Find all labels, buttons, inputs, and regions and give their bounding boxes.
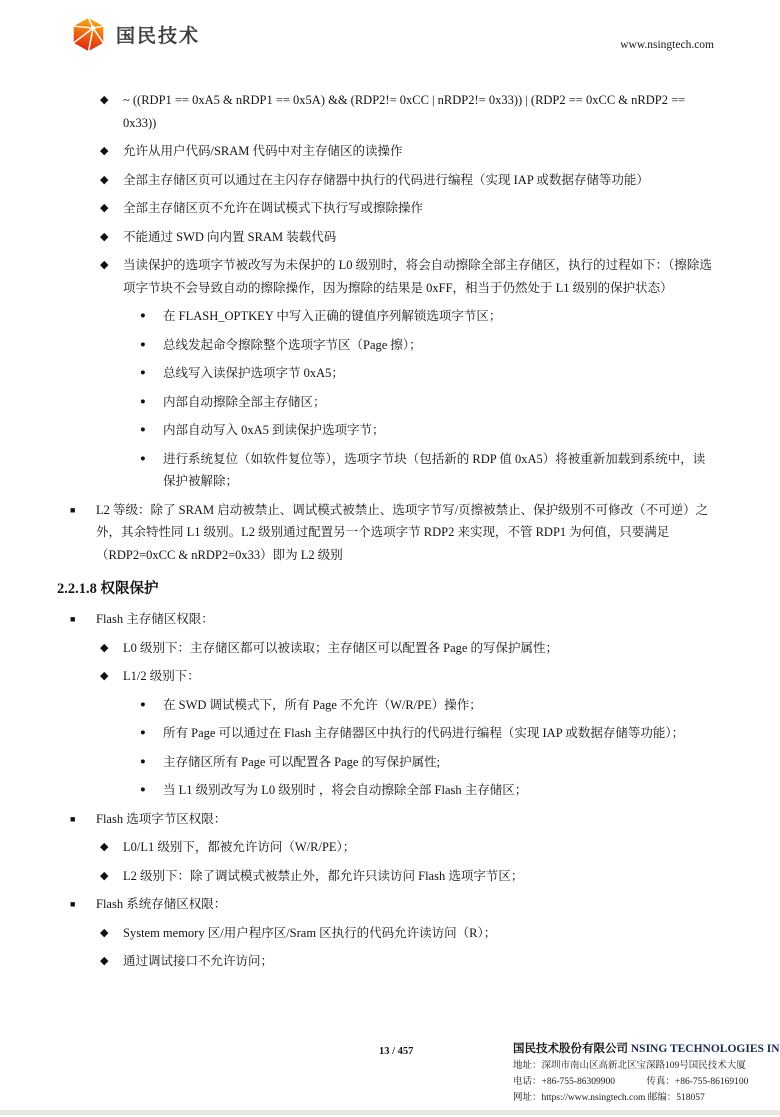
logo-starburst-icon xyxy=(70,16,107,53)
list-item: ◆L0 级别下：主存储区都可以被读取；主存储区可以配置各 Page 的写保护属性… xyxy=(0,637,780,660)
circle-bullet-icon: ● xyxy=(140,751,163,774)
list-item-text: L2 等级：除了 SRAM 启动被禁止、调试模式被禁止、选项字节写/页擦被禁止、… xyxy=(96,499,780,567)
footer-web-row: 网址：https://www.nsingtech.com 邮编：518057 xyxy=(513,1090,780,1106)
list-item-text: 通过调试接口不允许访问； xyxy=(123,950,780,973)
web-label: 网址： xyxy=(513,1093,542,1103)
phone-pair: 电话：+86-755-86309900 xyxy=(513,1074,644,1090)
list-item: ◆当读保护的选项字节被改写为未保护的 L0 级别时，将会自动擦除全部主存储区，执… xyxy=(0,254,780,299)
list-item: ●在 FLASH_OPTKEY 中写入正确的键值序列解锁选项字节区； xyxy=(0,305,780,328)
square-bullet-icon: ■ xyxy=(70,808,96,831)
list-item-text: 总线写入读保护选项字节 0xA5； xyxy=(163,362,780,385)
list-item: ●总线写入读保护选项字节 0xA5； xyxy=(0,362,780,385)
zip-label: 邮编： xyxy=(648,1093,677,1103)
list-item-text: 所有 Page 可以通过在 Flash 主存储器区中执行的代码进行编程（实现 I… xyxy=(163,722,780,745)
footer-company-block: 国民技术股份有限公司 NSING TECHNOLOGIES INC 地址：深圳市… xyxy=(513,1040,780,1106)
footer-company-en: NSING TECHNOLOGIES INC xyxy=(631,1043,780,1055)
list-item: ◆通过调试接口不允许访问； xyxy=(0,950,780,973)
diamond-bullet-icon: ◆ xyxy=(100,226,123,249)
list-item: ◆L1/2 级别下： xyxy=(0,665,780,688)
list-item-text: 全部主存储区页可以通过在主闪存存储器中执行的代码进行编程（实现 IAP 或数据存… xyxy=(123,169,780,192)
phone-value: +86-755-86309900 xyxy=(542,1077,615,1087)
square-bullet-icon: ■ xyxy=(70,893,96,916)
list-item-text: 在 SWD 调试模式下，所有 Page 不允许（W/R/PE）操作； xyxy=(163,694,780,717)
document-page: 国民技术 www.nsingtech.com ◆~ ((RDP1 == 0xA5… xyxy=(0,0,780,1117)
address-label: 地址： xyxy=(513,1061,542,1071)
square-bullet-icon: ■ xyxy=(70,608,96,631)
diamond-bullet-icon: ◆ xyxy=(100,89,123,134)
document-body: ◆~ ((RDP1 == 0xA5 & nRDP1 == 0x5A) && (R… xyxy=(0,89,780,979)
web-pair: 网址：https://www.nsingtech.com xyxy=(513,1093,645,1103)
list-item-text: L2 级别下：除了调试模式被禁止外，都允许只读访问 Flash 选项字节区； xyxy=(123,865,780,888)
footer-company-cn: 国民技术股份有限公司 xyxy=(513,1043,628,1055)
circle-bullet-icon: ● xyxy=(140,362,163,385)
circle-bullet-icon: ● xyxy=(140,334,163,357)
zip-value: 518057 xyxy=(676,1093,705,1103)
list-item: ◆L2 级别下：除了调试模式被禁止外，都允许只读访问 Flash 选项字节区； xyxy=(0,865,780,888)
list-item-text: 当读保护的选项字节被改写为未保护的 L0 级别时，将会自动擦除全部主存储区，执行… xyxy=(123,254,780,299)
diamond-bullet-icon: ◆ xyxy=(100,836,123,859)
list-item-text: ~ ((RDP1 == 0xA5 & nRDP1 == 0x5A) && (RD… xyxy=(123,89,780,134)
circle-bullet-icon: ● xyxy=(140,448,163,493)
list-item-text: Flash 选项字节区权限： xyxy=(96,808,780,831)
list-item: ●内部自动擦除全部主存储区； xyxy=(0,391,780,414)
fax-pair: 传真：+86-755-86169100 xyxy=(646,1077,748,1087)
list-item: ●主存储区所有 Page 可以配置各 Page 的写保护属性; xyxy=(0,751,780,774)
phone-label: 电话： xyxy=(513,1077,542,1087)
diamond-bullet-icon: ◆ xyxy=(100,922,123,945)
diamond-bullet-icon: ◆ xyxy=(100,950,123,973)
circle-bullet-icon: ● xyxy=(140,694,163,717)
list-item-text: Flash 主存储区权限： xyxy=(96,608,780,631)
section-heading: 2.2.1.8 权限保护 xyxy=(57,579,780,599)
logo-text: 国民技术 xyxy=(116,21,200,48)
list-item: ◆不能通过 SWD 向内置 SRAM 装载代码 xyxy=(0,226,780,249)
diamond-bullet-icon: ◆ xyxy=(100,197,123,220)
fax-label: 传真： xyxy=(646,1077,675,1087)
circle-bullet-icon: ● xyxy=(140,391,163,414)
square-bullet-icon: ■ xyxy=(70,499,96,567)
web-value: https://www.nsingtech.com xyxy=(542,1093,646,1103)
company-logo: 国民技术 xyxy=(70,16,200,53)
list-item: ●当 L1 级别改写为 L0 级别时 ，将会自动擦除全部 Flash 主存储区； xyxy=(0,779,780,802)
list-item: ◆~ ((RDP1 == 0xA5 & nRDP1 == 0x5A) && (R… xyxy=(0,89,780,134)
list-item-text: System memory 区/用户程序区/Sram 区执行的代码允许读访问（R… xyxy=(123,922,780,945)
list-item-text: 在 FLASH_OPTKEY 中写入正确的键值序列解锁选项字节区； xyxy=(163,305,780,328)
diamond-bullet-icon: ◆ xyxy=(100,637,123,660)
circle-bullet-icon: ● xyxy=(140,722,163,745)
list-item: ●进行系统复位（如软件复位等），选项字节块（包括新的 RDP 值 0xA5）将被… xyxy=(0,448,780,493)
list-item: ■Flash 系统存储区权限： xyxy=(0,893,780,916)
circle-bullet-icon: ● xyxy=(140,305,163,328)
list-item: ●所有 Page 可以通过在 Flash 主存储器区中执行的代码进行编程（实现 … xyxy=(0,722,780,745)
list-item: ◆System memory 区/用户程序区/Sram 区执行的代码允许读访问（… xyxy=(0,922,780,945)
list-item-text: L1/2 级别下： xyxy=(123,665,780,688)
list-item-text: L0 级别下：主存储区都可以被读取；主存储区可以配置各 Page 的写保护属性； xyxy=(123,637,780,660)
list-item: ■L2 等级：除了 SRAM 启动被禁止、调试模式被禁止、选项字节写/页擦被禁止… xyxy=(0,499,780,567)
list-item: ◆允许从用户代码/SRAM 代码中对主存储区的读操作 xyxy=(0,140,780,163)
list-item-text: L0/L1 级别下，都被允许访问（W/R/PE）； xyxy=(123,836,780,859)
bottom-divider-bar xyxy=(0,1110,780,1115)
list-item-text: 全部主存储区页不允许在调试模式下执行写或擦除操作 xyxy=(123,197,780,220)
page-number: 13 / 457 xyxy=(379,1046,413,1057)
address-value: 深圳市南山区高新北区宝深路109号国民技术大厦 xyxy=(542,1061,746,1071)
list-item-text: 当 L1 级别改写为 L0 级别时 ，将会自动擦除全部 Flash 主存储区； xyxy=(163,779,780,802)
footer-address-row: 地址：深圳市南山区高新北区宝深路109号国民技术大厦 xyxy=(513,1058,780,1074)
footer-company-name: 国民技术股份有限公司 NSING TECHNOLOGIES INC xyxy=(513,1040,780,1058)
zip-pair: 邮编：518057 xyxy=(648,1093,705,1103)
footer-phone-row: 电话：+86-755-86309900 传真：+86-755-86169100 xyxy=(513,1074,780,1090)
list-item: ●内部自动写入 0xA5 到读保护选项字节； xyxy=(0,419,780,442)
list-item-text: 内部自动擦除全部主存储区； xyxy=(163,391,780,414)
list-item-text: 内部自动写入 0xA5 到读保护选项字节； xyxy=(163,419,780,442)
list-item-text: 总线发起命令擦除整个选项字节区（Page 擦）； xyxy=(163,334,780,357)
list-item: ●总线发起命令擦除整个选项字节区（Page 擦）； xyxy=(0,334,780,357)
list-item-text: 允许从用户代码/SRAM 代码中对主存储区的读操作 xyxy=(123,140,780,163)
circle-bullet-icon: ● xyxy=(140,419,163,442)
list-item-text: 进行系统复位（如软件复位等），选项字节块（包括新的 RDP 值 0xA5）将被重… xyxy=(163,448,780,493)
fax-value: +86-755-86169100 xyxy=(675,1077,748,1087)
list-item: ◆全部主存储区页不允许在调试模式下执行写或擦除操作 xyxy=(0,197,780,220)
diamond-bullet-icon: ◆ xyxy=(100,665,123,688)
list-item: ■Flash 选项字节区权限： xyxy=(0,808,780,831)
list-item-text: Flash 系统存储区权限： xyxy=(96,893,780,916)
list-item: ●在 SWD 调试模式下，所有 Page 不允许（W/R/PE）操作； xyxy=(0,694,780,717)
diamond-bullet-icon: ◆ xyxy=(100,254,123,299)
diamond-bullet-icon: ◆ xyxy=(100,140,123,163)
list-item: ■Flash 主存储区权限： xyxy=(0,608,780,631)
list-item: ◆L0/L1 级别下，都被允许访问（W/R/PE）； xyxy=(0,836,780,859)
list-item-text: 不能通过 SWD 向内置 SRAM 装载代码 xyxy=(123,226,780,249)
header-website: www.nsingtech.com xyxy=(620,39,714,51)
diamond-bullet-icon: ◆ xyxy=(100,169,123,192)
circle-bullet-icon: ● xyxy=(140,779,163,802)
list-item: ◆全部主存储区页可以通过在主闪存存储器中执行的代码进行编程（实现 IAP 或数据… xyxy=(0,169,780,192)
diamond-bullet-icon: ◆ xyxy=(100,865,123,888)
list-item-text: 主存储区所有 Page 可以配置各 Page 的写保护属性; xyxy=(163,751,780,774)
